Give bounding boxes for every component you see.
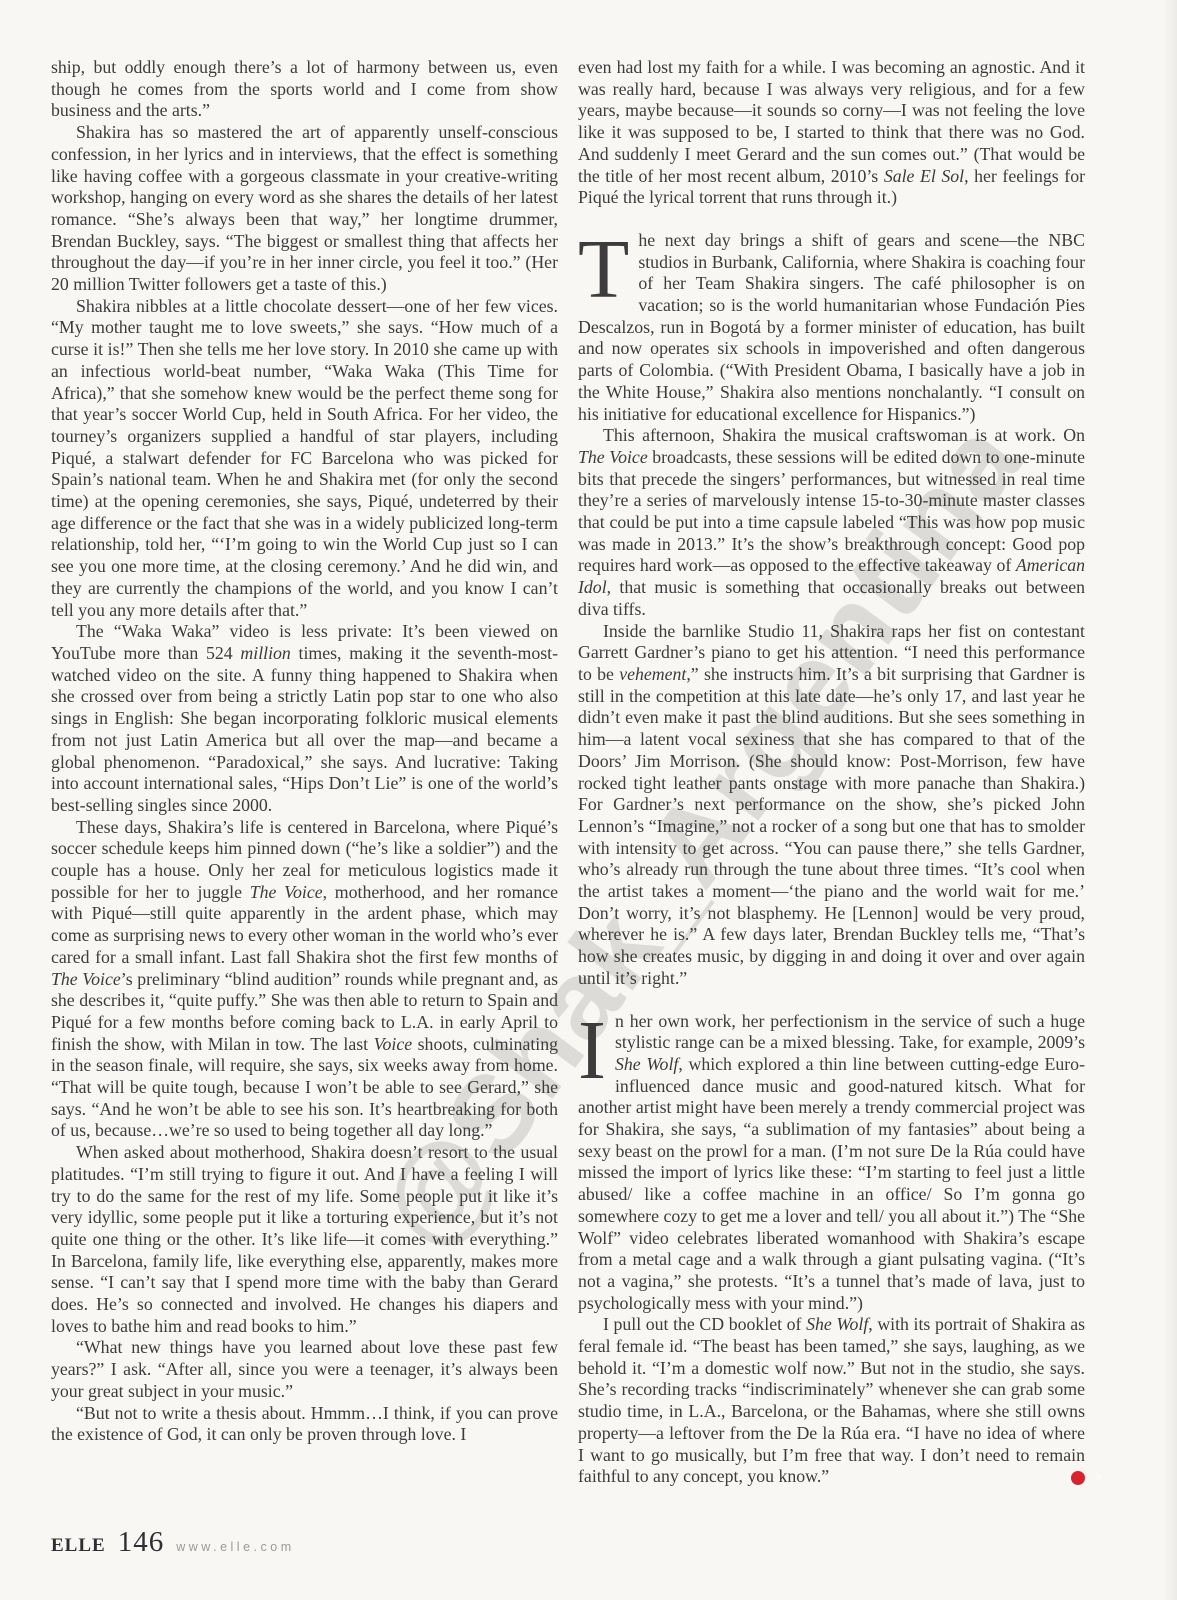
paragraph: Shakira nibbles at a little chocolate de… xyxy=(51,296,558,622)
italic-text: The Voice xyxy=(51,969,121,989)
body-text: Shakira nibbles at a little chocolate de… xyxy=(51,296,558,620)
drop-cap: I xyxy=(578,1016,606,1086)
magazine-page: @Shak_Argentina ship, but oddly enough t… xyxy=(0,0,1177,1600)
paragraph: “But not to write a thesis about. Hmmm…I… xyxy=(51,1403,558,1446)
body-text: times, making it the seventh-most-watche… xyxy=(51,643,558,815)
italic-text: Sale El Sol xyxy=(884,166,964,186)
body-text: broadcasts, these sessions will be edite… xyxy=(578,447,1085,576)
page-footer: ELLE 146 www.elle.com xyxy=(51,1526,295,1559)
elle-logo: ELLE xyxy=(51,1535,106,1557)
italic-text: She Wolf xyxy=(806,1314,868,1334)
body-text: he next day brings a shift of gears and … xyxy=(578,230,1085,424)
italic-text: million xyxy=(240,643,290,663)
paragraph: even had lost my faith for a while. I wa… xyxy=(578,57,1085,209)
body-text: “But not to write a thesis about. Hmmm…I… xyxy=(51,1403,558,1445)
paragraph: When asked about motherhood, Shakira doe… xyxy=(51,1142,558,1337)
body-text: ship, but oddly enough there’s a lot of … xyxy=(51,57,558,120)
drop-cap: T xyxy=(578,235,629,305)
body-text: When asked about motherhood, Shakira doe… xyxy=(51,1142,558,1336)
paragraph: In her own work, her perfectionism in th… xyxy=(578,1011,1085,1315)
body-text: I pull out the CD booklet of xyxy=(603,1314,806,1334)
body-text: ,” she instructs him. It’s a bit surpris… xyxy=(578,664,1085,988)
paragraph: The “Waka Waka” video is less private: I… xyxy=(51,621,558,816)
paragraph: ship, but oddly enough there’s a lot of … xyxy=(51,57,558,122)
article-body: ship, but oddly enough there’s a lot of … xyxy=(51,57,1085,1488)
italic-text: The Voice xyxy=(250,882,323,902)
italic-text: She Wolf xyxy=(615,1054,678,1074)
paragraph: The next day brings a shift of gears and… xyxy=(578,230,1085,425)
paragraph: Shakira has so mastered the art of appar… xyxy=(51,122,558,296)
paragraph: This afternoon, Shakira the musical craf… xyxy=(578,425,1085,620)
body-text: , which explored a thin line between cut… xyxy=(578,1054,1085,1313)
italic-text: Voice xyxy=(374,1034,413,1054)
body-text: Shakira has so mastered the art of appar… xyxy=(51,122,558,294)
body-text: , with its portrait of Shakira as feral … xyxy=(578,1314,1085,1486)
paragraph: These days, Shakira’s life is centered i… xyxy=(51,817,558,1143)
end-of-article-icon: ✕ xyxy=(1071,1471,1085,1485)
left-column: ship, but oddly enough there’s a lot of … xyxy=(51,57,558,1488)
body-text: “What new things have you learned about … xyxy=(51,1337,558,1400)
body-text: n her own work, her perfectionism in the… xyxy=(615,1011,1085,1053)
site-url: www.elle.com xyxy=(176,1540,294,1554)
paragraph: “What new things have you learned about … xyxy=(51,1337,558,1402)
body-text: This afternoon, Shakira the musical craf… xyxy=(603,425,1085,445)
paragraph: Inside the barnlike Studio 11, Shakira r… xyxy=(578,621,1085,990)
right-column: even had lost my faith for a while. I wa… xyxy=(578,57,1085,1488)
body-text: , that music is something that occasiona… xyxy=(578,577,1085,619)
paragraph: I pull out the CD booklet of She Wolf, w… xyxy=(578,1314,1085,1488)
italic-text: The Voice xyxy=(578,447,648,467)
page-number: 146 xyxy=(118,1526,165,1559)
italic-text: vehement xyxy=(619,664,686,684)
